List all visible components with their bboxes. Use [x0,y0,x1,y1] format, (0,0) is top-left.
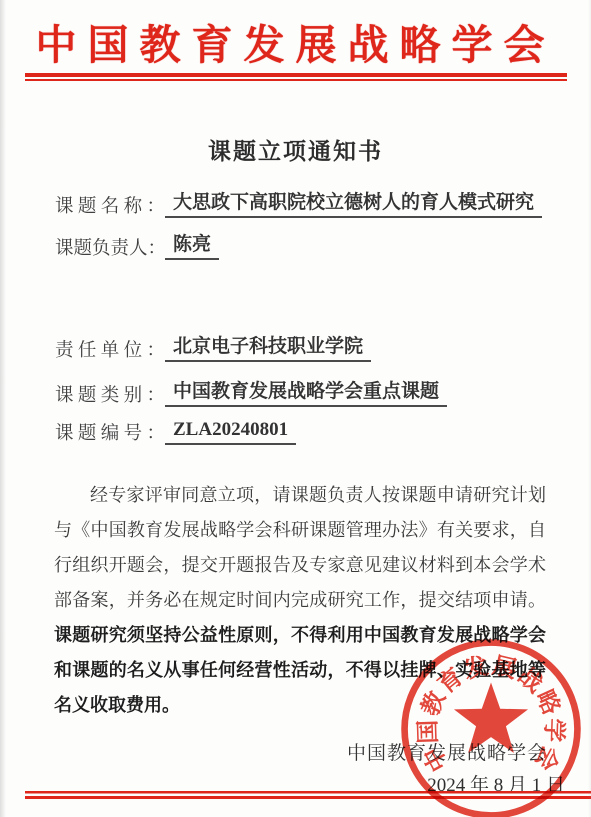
body-text-normal: 经专家评审同意立项，请课题负责人按课题申请研究计划与《中国教育发展战略学会科研课… [54,485,546,610]
signature-org-name: 中国教育发展战略学会 [347,738,547,765]
field-project-number: 课题编号：ZLA20240801 [55,419,551,445]
field-project-name: 课题名称：大思政下高职院校立德树人的育人模式研究 [55,187,551,218]
body-text-bold: 课题研究须坚持公益性原则，不得利用中国教育发展战略学会和课题的名义从事任何经营性… [54,625,546,715]
letterhead-org-name: 中国教育发展战略学会 [0,12,591,71]
field-value-underlined: 大思政下高职院校立德树人的育人模式研究 [165,187,542,218]
field-label: 课题类别： [55,381,165,407]
field-value-underlined: 中国教育发展战略学会重点课题 [165,376,447,407]
field-project-category: 课题类别：中国教育发展战略学会重点课题 [55,376,551,407]
document-title: 课题立项通知书 [0,133,591,166]
field-responsible-unit: 责任单位：北京电子科技职业学院 [55,331,551,362]
field-value-underlined: ZLA20240801 [165,419,296,445]
field-project-leader: 课题负责人：陈亮 [55,229,551,260]
field-label: 课题编号： [55,419,165,445]
field-label: 课题名称： [55,192,165,218]
notice-document-page: 中国教育发展战略学会 课题立项通知书 课题名称：大思政下高职院校立德树人的育人模… [0,0,591,817]
field-value-underlined: 陈亮 [165,229,219,260]
letterhead-double-rule [25,73,567,82]
field-label: 课题负责人： [55,234,165,260]
notice-body-paragraph: 经专家评审同意立项，请课题负责人按课题申请研究计划与《中国教育发展战略学会科研课… [54,478,546,723]
field-label: 责任单位： [55,336,165,362]
footer-double-rule [25,791,591,800]
field-value-underlined: 北京电子科技职业学院 [165,331,371,362]
